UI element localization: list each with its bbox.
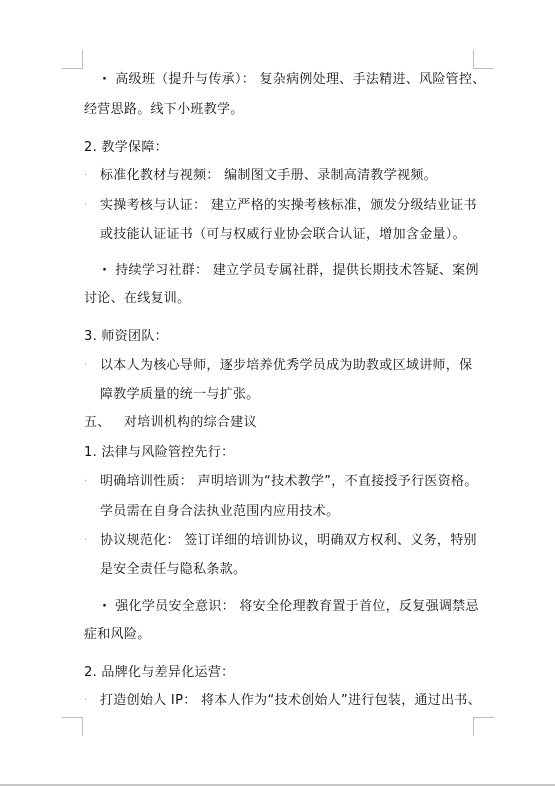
list-item: 明确培训性质： 声明培训为“技术教学”，不直接授予行医资格。 <box>100 474 478 490</box>
list-item: 协议规范化： 签订详细的培训协议，明确双方权利、义务，特别 <box>100 533 477 549</box>
paragraph-line: 症和风险。 <box>84 627 151 643</box>
list-bullet-icon: · <box>84 358 87 374</box>
section-heading: 1. 法律与风险管控先行： <box>84 445 234 461</box>
list-bullet-icon: · <box>84 693 87 709</box>
bullet-line: ·强化学员安全意识： 将安全伦理教育置于首位，反复强调禁忌 <box>102 599 479 615</box>
section-heading: 2. 品牌化与差异化运营： <box>84 665 234 681</box>
list-bullet-icon: · <box>84 168 87 184</box>
chapter-heading: 五、 对培训机构的综合建议 <box>84 415 257 431</box>
list-item: 标准化教材与视频： 编制图文手册、录制高清教学视频。 <box>100 168 437 184</box>
list-item-continuation: 学员需在自身合法执业范围内应用技术。 <box>100 504 339 520</box>
margin-corner-top-left <box>62 50 83 69</box>
list-item-continuation: 障教学质量的统一与扩张。 <box>100 387 260 403</box>
paragraph-line: 讨论、在线复训。 <box>84 291 190 307</box>
document-page: ·高级班（提升与传承）： 复杂病例处理、手法精进、风险管控、 经营思路。线下小班… <box>0 0 555 784</box>
list-item: 实操考核与认证： 建立严格的实操考核标准，颁发分级结业证书 <box>100 198 477 214</box>
list-item: 打造创始人 IP： 将本人作为“技术创始人”进行包装，通过出书、 <box>100 693 481 709</box>
list-bullet-icon: · <box>84 533 87 549</box>
list-item-continuation: 是安全责任与隐私条款。 <box>100 562 246 578</box>
list-item-continuation: 或技能认证证书（可与权威行业协会联合认证，增加含金量）。 <box>100 227 466 243</box>
margin-corner-bottom-right <box>473 717 494 736</box>
bullet-line: ·持续学习社群： 建立学员专属社群，提供长期技术答疑、案例 <box>102 263 479 279</box>
bullet-icon: · <box>102 599 107 614</box>
list-item: 以本人为核心导师，逐步培养优秀学员成为助教或区域讲师，保 <box>100 358 472 374</box>
section-heading: 3. 师资团队： <box>84 329 168 345</box>
bullet-icon: · <box>102 72 107 87</box>
margin-corner-bottom-left <box>62 717 83 736</box>
margin-corner-top-right <box>473 50 494 69</box>
list-bullet-icon: · <box>84 198 87 214</box>
section-heading: 2. 教学保障： <box>84 140 168 156</box>
list-bullet-icon: · <box>84 474 87 490</box>
paragraph-line: 经营思路。线下小班教学。 <box>84 102 244 118</box>
bullet-line: ·高级班（提升与传承）： 复杂病例处理、手法精进、风险管控、 <box>102 72 486 88</box>
bullet-icon: · <box>102 263 107 278</box>
